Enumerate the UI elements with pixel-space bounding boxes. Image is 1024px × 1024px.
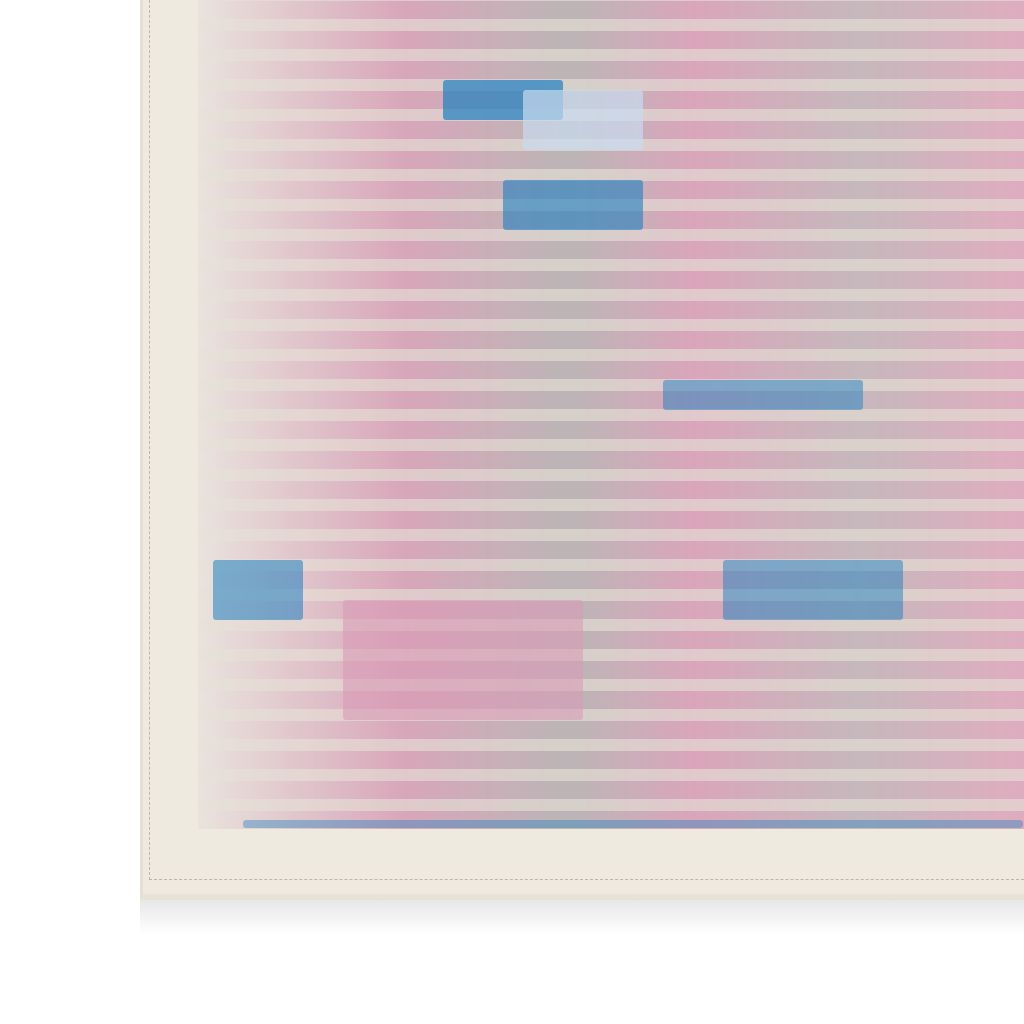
rug <box>140 0 1024 900</box>
light-blue-patch <box>523 90 643 150</box>
edge-stitching <box>149 0 150 880</box>
blue-line <box>243 820 1023 828</box>
blue-motif <box>503 180 643 230</box>
rug-shadow <box>140 895 1024 935</box>
blue-motif <box>663 380 863 410</box>
blue-motif <box>213 560 303 620</box>
edge-stitching <box>149 879 1024 880</box>
pink-patch <box>343 600 583 720</box>
blue-motif <box>723 560 903 620</box>
